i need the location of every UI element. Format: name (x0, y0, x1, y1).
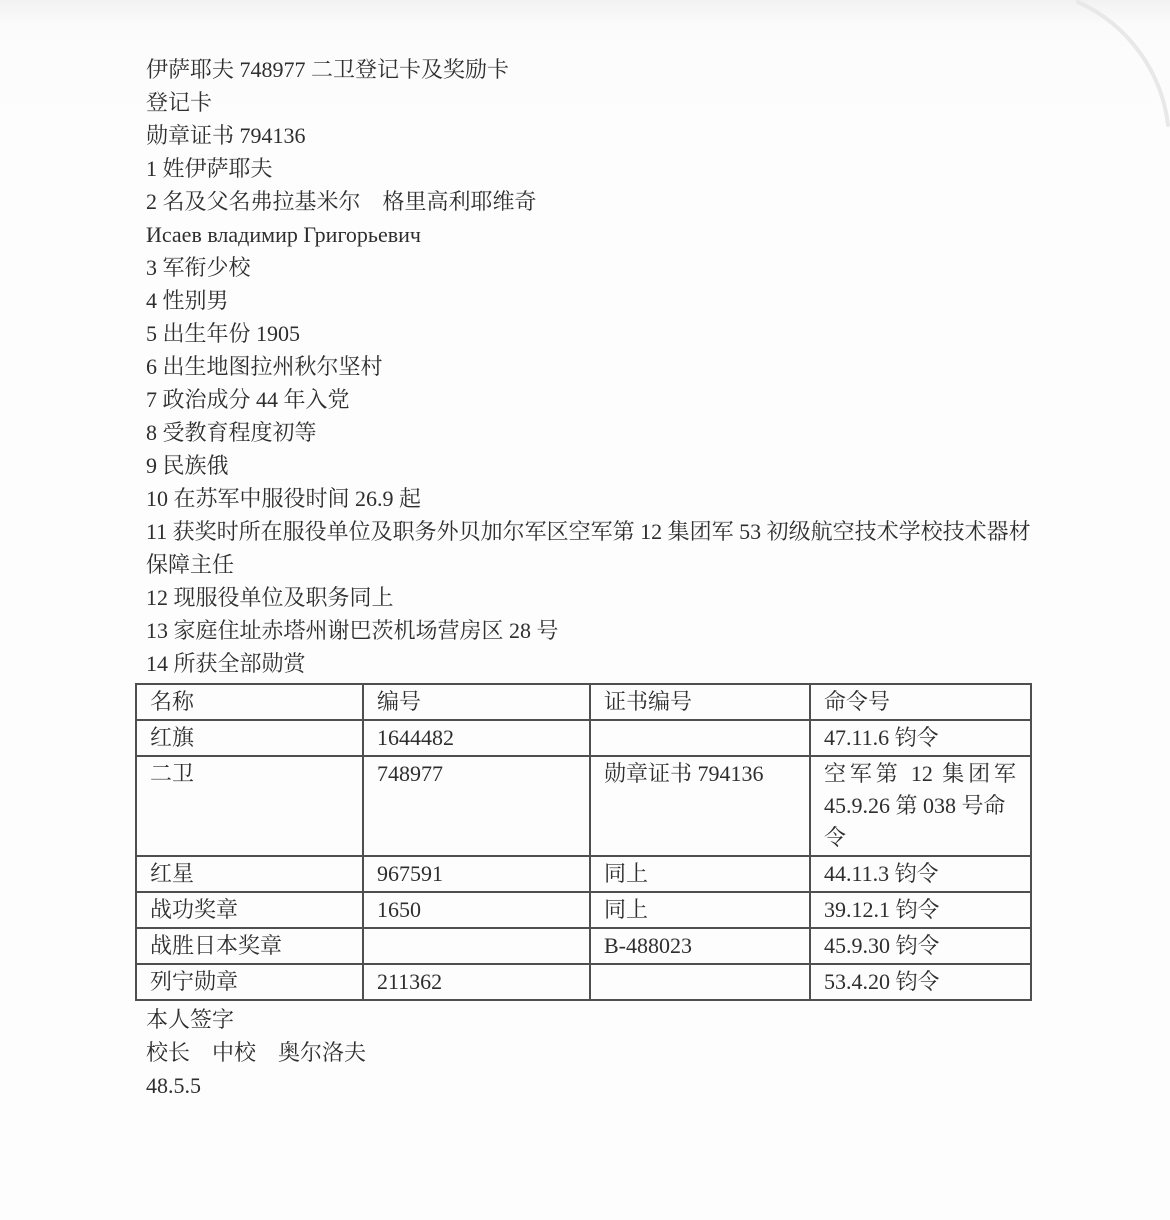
cell-cert-number: 同上 (590, 892, 810, 928)
cell-cert-number: B-488023 (590, 928, 810, 964)
table-row-combat-merit: 战功奖章 1650 同上 39.12.1 钧令 (136, 892, 1031, 928)
field-2-given-name: 2 名及父名弗拉基米尔 格里高利耶维奇 (146, 185, 1046, 218)
order-line-2: 45.9.26 第 038 号命令 (824, 790, 1024, 854)
cell-order: 空军第 12 集团军 45.9.26 第 038 号命令 (810, 756, 1031, 856)
awards-table: 名称 编号 证书编号 命令号 红旗 1644482 47.11.6 钧令 二卫 … (135, 683, 1032, 1001)
cell-award-name: 列宁勋章 (136, 964, 363, 1000)
cell-cert-number (590, 720, 810, 756)
field-11-unit-cont: 保障主任 (146, 548, 1046, 581)
date-line: 48.5.5 (146, 1069, 1046, 1102)
field-1-surname: 1 姓伊萨耶夫 (146, 152, 1046, 185)
doc-card-type-line: 登记卡 (146, 86, 1046, 119)
cell-order: 47.11.6 钧令 (810, 720, 1031, 756)
table-row-lenin-order: 列宁勋章 211362 53.4.20 钧令 (136, 964, 1031, 1000)
table-row-red-banner: 红旗 1644482 47.11.6 钧令 (136, 720, 1031, 756)
cell-order: 45.9.30 钧令 (810, 928, 1031, 964)
table-row-red-star: 红星 967591 同上 44.11.3 钧令 (136, 856, 1031, 892)
field-10-service-time: 10 在苏军中服役时间 26.9 起 (146, 482, 1046, 515)
cell-number: 1650 (363, 892, 590, 928)
cell-award-name: 红旗 (136, 720, 363, 756)
order-line-1: 空军第 12 集团军 (824, 758, 1024, 790)
field-6-birthplace: 6 出生地图拉州秋尔坚村 (146, 350, 1046, 383)
field-7-political: 7 政治成分 44 年入党 (146, 383, 1046, 416)
cell-number: 211362 (363, 964, 590, 1000)
field-11-unit: 11 获奖时所在服役单位及职务外贝加尔军区空军第 12 集团军 53 初级航空技… (146, 515, 1046, 548)
doc-certificate-line: 勋章证书 794136 (146, 119, 1046, 152)
cell-award-name: 二卫 (136, 756, 363, 856)
field-name-russian: Исаев владимир Григорьевич (146, 218, 1046, 251)
cell-award-name: 战胜日本奖章 (136, 928, 363, 964)
field-3-rank: 3 军衔少校 (146, 251, 1046, 284)
document-page: 伊萨耶夫 748977 二卫登记卡及奖励卡 登记卡 勋章证书 794136 1 … (0, 0, 1170, 1220)
document-content: 伊萨耶夫 748977 二卫登记卡及奖励卡 登记卡 勋章证书 794136 1 … (146, 53, 1046, 1102)
awards-table-header-row: 名称 编号 证书编号 命令号 (136, 684, 1031, 720)
field-13-home-address: 13 家庭住址赤塔州谢巴茨机场营房区 28 号 (146, 614, 1046, 647)
col-header-number: 编号 (363, 684, 590, 720)
cell-number (363, 928, 590, 964)
cell-number: 967591 (363, 856, 590, 892)
cell-award-name: 红星 (136, 856, 363, 892)
cell-order: 44.11.3 钧令 (810, 856, 1031, 892)
cell-cert-number: 勋章证书 794136 (590, 756, 810, 856)
cell-number: 1644482 (363, 720, 590, 756)
doc-title-line: 伊萨耶夫 748977 二卫登记卡及奖励卡 (146, 53, 1046, 86)
cell-number: 748977 (363, 756, 590, 856)
col-header-cert-number: 证书编号 (590, 684, 810, 720)
signer-line: 校长 中校 奥尔洛夫 (146, 1036, 1046, 1069)
field-14-awards-label: 14 所获全部勋赏 (146, 647, 1046, 680)
cell-cert-number (590, 964, 810, 1000)
table-row-victory-over-japan: 战胜日本奖章 B-488023 45.9.30 钧令 (136, 928, 1031, 964)
cell-cert-number: 同上 (590, 856, 810, 892)
col-header-name: 名称 (136, 684, 363, 720)
signature-label: 本人签字 (146, 1003, 1046, 1036)
cell-order: 53.4.20 钧令 (810, 964, 1031, 1000)
cell-order: 39.12.1 钧令 (810, 892, 1031, 928)
table-row-patriotic-war-2nd: 二卫 748977 勋章证书 794136 空军第 12 集团军 45.9.26… (136, 756, 1031, 856)
field-8-education: 8 受教育程度初等 (146, 416, 1046, 449)
field-5-birth-year: 5 出生年份 1905 (146, 317, 1046, 350)
field-12-current-unit: 12 现服役单位及职务同上 (146, 581, 1046, 614)
cell-award-name: 战功奖章 (136, 892, 363, 928)
field-4-gender: 4 性别男 (146, 284, 1046, 317)
field-9-ethnicity: 9 民族俄 (146, 449, 1046, 482)
col-header-order-number: 命令号 (810, 684, 1031, 720)
